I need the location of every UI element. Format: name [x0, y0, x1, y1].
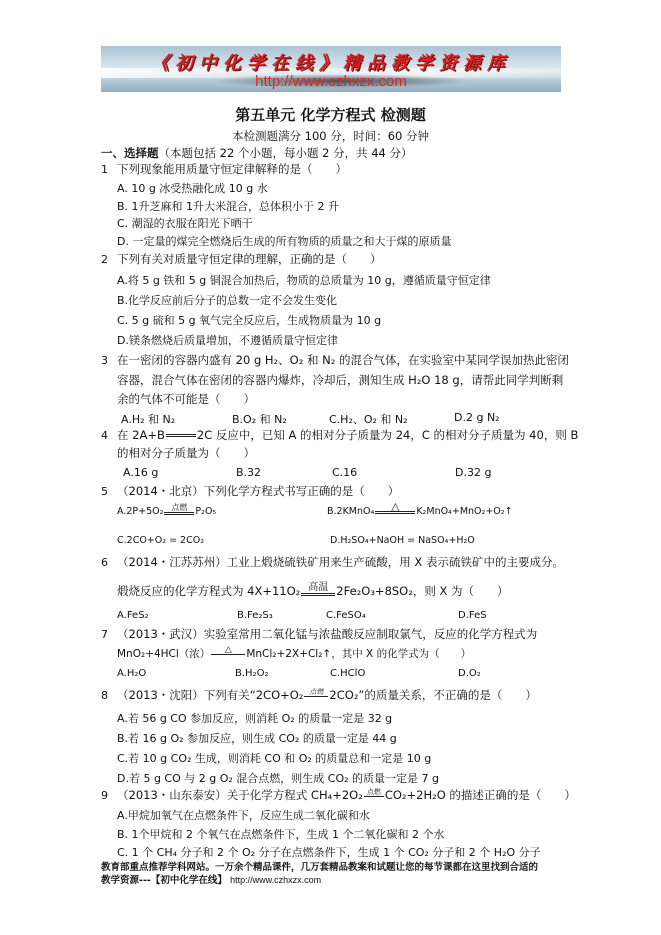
- question-number: 6: [101, 556, 108, 569]
- footer-url[interactable]: http://www.czhxzx.com: [230, 875, 321, 885]
- condition-ignite: 点燃: [364, 788, 384, 796]
- option-d[interactable]: D.O₂: [458, 668, 481, 679]
- option-c[interactable]: C.FeSO₄: [326, 610, 366, 621]
- condition-heat: △: [375, 503, 415, 511]
- option-c[interactable]: C.16: [332, 466, 357, 479]
- option-b[interactable]: B.化学反应前后分子的总数一定不会发生变化: [117, 292, 337, 308]
- option-d[interactable]: D.H₂SO₄+NaOH = NaSO₄+H₂O: [330, 535, 475, 546]
- condition-high-temp: 高温: [301, 583, 335, 593]
- reaction-arrow: △: [375, 503, 415, 514]
- banner-title: 《初中化学在线》精品教学资源库: [101, 49, 561, 75]
- stem-part: MnCl₂+2X+Cl₂↑，其中 X 的化学式为（ ）: [246, 648, 471, 660]
- stem-part: 2C 反应中，已知 A 的相对分子质量为 24，C 的相对分子质量为 40，则 …: [197, 428, 579, 442]
- stem-part: CO₂+2H₂O 的描述正确的是（ ）: [385, 788, 576, 802]
- question-number: 2: [101, 253, 108, 266]
- question-number: 9: [101, 789, 108, 802]
- option-c[interactable]: C. 潮湿的衣服在阳光下晒干: [117, 215, 253, 231]
- footer-line-1: 教育部重点推荐学科网站。一万余个精品课件，几万套精品教案和试题让您的每节课都在这…: [101, 861, 581, 874]
- condition-heat: △: [211, 646, 245, 654]
- question-stem: （2014・江苏苏州）工业上煅烧硫铁矿用来生产硫酸，用 X 表示硫铁矿中的主要成…: [117, 554, 564, 570]
- option-c[interactable]: C.若 10 g CO₂ 生成，则消耗 CO 和 O₂ 的质量总和一定是 10 …: [117, 750, 431, 766]
- option-c[interactable]: C. 1 个 CH₄ 分子和 2 个 O₂ 分子在点燃条件下，生成 1 个 CO…: [117, 844, 541, 860]
- question-stem: 在 2A+B2C 反应中，已知 A 的相对分子质量为 24，C 的相对分子质量为…: [117, 427, 578, 443]
- equation-left: A.2P+5O₂: [117, 506, 163, 517]
- question-stem-line: 的相对分子质量为（ ）: [117, 445, 255, 461]
- reaction-arrow: 点燃: [164, 504, 194, 515]
- option-d[interactable]: D.若 5 g CO 与 2 g O₂ 混合点燃，则生成 CO₂ 的质量一定是 …: [117, 770, 439, 786]
- option-b[interactable]: B.32: [236, 466, 261, 479]
- section-heading: 一、选择题（本题包括 22 个小题，每小题 2 分，共 44 分）: [101, 145, 413, 161]
- stem-part: （2013・沈阳）下列有关“2CO+O₂: [117, 688, 303, 702]
- stem-part: 2CO₂”的质量关系，不正确的是（ ）: [329, 688, 536, 702]
- equation-right: K₂MnO₄+MnO₂+O₂↑: [416, 506, 512, 517]
- reaction-arrow: 点燃: [364, 788, 384, 797]
- option-d[interactable]: D.镁条燃烧后质量增加，不遵循质量守恒定律: [117, 332, 338, 348]
- double-bar: [164, 512, 194, 515]
- single-bar: [304, 696, 328, 697]
- question-number: 3: [101, 354, 108, 367]
- stem-part: MnO₂+4HCl（浓）: [117, 648, 210, 660]
- option-a[interactable]: A.16 g: [123, 466, 158, 479]
- question-stem: （2013・沈阳）下列有关“2CO+O₂点燃2CO₂”的质量关系，不正确的是（ …: [117, 687, 537, 703]
- option-d[interactable]: D.32 g: [455, 466, 491, 479]
- banner-url[interactable]: http://www.czhxzx.com: [101, 73, 561, 90]
- option-a[interactable]: A.2P+5O₂点燃P₂O₅: [117, 506, 216, 519]
- option-a[interactable]: A. 10 g 冰受热融化成 10 g 水: [117, 180, 268, 196]
- option-c[interactable]: C.2CO+O₂ = 2CO₂: [117, 535, 204, 546]
- option-b[interactable]: B.H₂O₂: [235, 668, 268, 679]
- option-c[interactable]: C. 5 g 硫和 5 g 氧气完全反应后，生成物质量为 10 g: [117, 312, 381, 328]
- condition-ignite: 点燃: [304, 688, 328, 696]
- equation-left: B.2KMnO₄: [327, 506, 374, 517]
- option-d[interactable]: D. 一定量的煤完全燃烧后生成的所有物质的质量之和大于煤的原质量: [117, 233, 451, 249]
- option-c[interactable]: C.HClO: [330, 668, 365, 679]
- stem-part: 煅烧反应的化学方程式为 4X+11O₂: [117, 584, 300, 598]
- question-number: 8: [101, 689, 108, 702]
- question-number: 1: [101, 163, 108, 176]
- option-b[interactable]: B.O₂ 和 N₂: [232, 411, 287, 427]
- stem-part: 在 2A+B: [117, 428, 165, 442]
- equation-right: P₂O₅: [195, 506, 216, 517]
- option-c[interactable]: C.H₂、O₂ 和 N₂: [329, 411, 408, 427]
- option-a[interactable]: A.将 5 g 铁和 5 g 铜混合加热后，物质的总质量为 10 g，遵循质量守…: [117, 272, 491, 288]
- option-a[interactable]: A.若 56 g CO 参加反应，则消耗 O₂ 的质量一定是 32 g: [117, 710, 392, 726]
- section-label: 一、选择题: [101, 146, 159, 160]
- double-bar: [166, 434, 196, 437]
- question-stem: （2013・武汉）实验室常用二氧化锰与浓盐酸反应制取氯气，反应的化学方程式为: [117, 626, 537, 642]
- footer-line-2: 教学资源---【初中化学在线】 http://www.czhxzx.com: [101, 874, 581, 887]
- option-b[interactable]: B. 1个甲烷和 2 个氧气在点燃条件下，生成 1 个二氧化碳和 2 个水: [117, 826, 445, 842]
- option-a[interactable]: A.H₂ 和 N₂: [121, 411, 175, 427]
- equals-sign: [166, 434, 196, 437]
- option-b[interactable]: B. 1升芝麻和 1升大米混合，总体积小于 2 升: [117, 198, 339, 214]
- reaction-arrow: △: [211, 646, 245, 655]
- question-stem-line: 在一密闭的容器内盛有 20 g H₂、O₂ 和 N₂ 的混合气体，在实验室中某同…: [117, 352, 569, 368]
- question-stem: 下列有关对质量守恒定律的理解，正确的是（ ）: [117, 251, 382, 267]
- exam-info: 本检测题满分 100 分，时间：60 分钟: [0, 128, 661, 144]
- section-description: （本题包括 22 个小题，每小题 2 分，共 44 分）: [159, 146, 413, 160]
- option-b[interactable]: B.2KMnO₄△K₂MnO₄+MnO₂+O₂↑: [327, 506, 513, 518]
- question-number: 5: [101, 485, 108, 498]
- option-b[interactable]: B.Fe₂S₃: [237, 610, 273, 621]
- option-a[interactable]: A.甲烷加氧气在点燃条件下，反应生成二氧化碳和水: [117, 807, 370, 823]
- question-stem-line: 余的气体不可能是（ ）: [117, 391, 255, 407]
- option-d[interactable]: D.2 g N₂: [454, 411, 500, 424]
- double-bar: [301, 593, 335, 596]
- option-a[interactable]: A.H₂O: [117, 668, 146, 679]
- document-title: 第五单元 化学方程式 检测题: [0, 104, 661, 125]
- option-b[interactable]: B.若 16 g O₂ 参加反应，则生成 CO₂ 的质量一定是 44 g: [117, 730, 397, 746]
- footer-text: 教学资源---【初中化学在线】: [101, 875, 227, 886]
- question-number: 4: [101, 429, 108, 442]
- reaction-arrow: 高温: [301, 583, 335, 596]
- question-stem-line: 煅烧反应的化学方程式为 4X+11O₂高温2Fe₂O₃+8SO₂，则 X 为（ …: [117, 583, 509, 601]
- option-a[interactable]: A.FeS₂: [117, 610, 149, 621]
- option-d[interactable]: D.FeS: [458, 610, 487, 621]
- stem-part: （2013・山东泰安）关于化学方程式 CH₄+2O₂: [117, 788, 363, 802]
- question-stem: 下列现象能用质量守恒定律解释的是（ ）: [117, 161, 347, 177]
- question-stem-line: 容器，混合气体在密闭的容器内爆炸，冷却后，测知生成 H₂O 18 g，请帮此同学…: [117, 372, 563, 388]
- page-footer: 教育部重点推荐学科网站。一万余个精品课件，几万套精品教案和试题让您的每节课都在这…: [101, 861, 581, 887]
- single-bar: [364, 796, 384, 797]
- question-stem: （2014・北京）下列化学方程式书写正确的是（ ）: [117, 483, 399, 499]
- question-number: 7: [101, 628, 108, 641]
- question-stem: （2013・山东泰安）关于化学方程式 CH₄+2O₂点燃CO₂+2H₂O 的描述…: [117, 787, 576, 803]
- question-stem-line: MnO₂+4HCl（浓）△MnCl₂+2X+Cl₂↑，其中 X 的化学式为（ ）: [117, 646, 471, 662]
- condition-ignite: 点燃: [164, 504, 194, 512]
- stem-part: 2Fe₂O₃+8SO₂，则 X 为（ ）: [336, 584, 508, 598]
- header-banner: 《初中化学在线》精品教学资源库 http://www.czhxzx.com: [101, 46, 561, 92]
- reaction-arrow: 点燃: [304, 688, 328, 697]
